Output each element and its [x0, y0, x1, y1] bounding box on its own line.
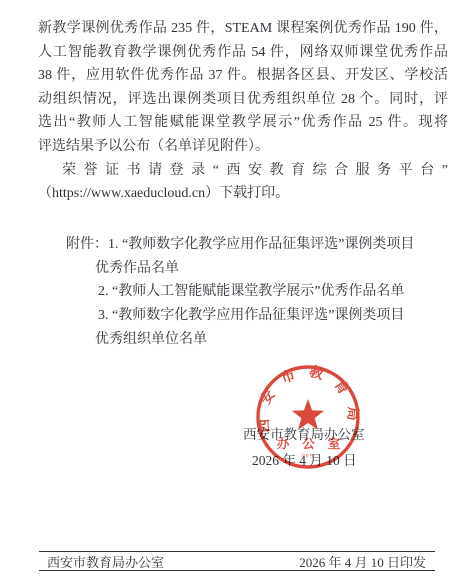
- svg-text:009: 009: [301, 453, 314, 459]
- body-line-url: （https://www.xaeducloud.cn）下载打印。: [38, 182, 448, 206]
- official-seal-stamp: 西安市教育局 办公室 009: [250, 359, 366, 475]
- attachment-line: 2. “教师人工智能赋能课堂教学展示”优秀作品名单: [38, 280, 448, 304]
- seal-code: 009: [301, 453, 314, 459]
- seal-star-icon: [292, 399, 324, 430]
- attachment-line: 附件：1. “教师数字化教学应用作品征集评选”课例类项目: [38, 233, 448, 257]
- document-body: 新教学课例优秀作品 235 件，STEAM 课程案例优秀作品 190 件， 人工…: [38, 17, 448, 206]
- body-line: 动组织情况，评选出课例类项目优秀组织单位 28 个。同时，评: [38, 88, 448, 112]
- document-page: 新教学课例优秀作品 235 件，STEAM 课程案例优秀作品 190 件， 人工…: [0, 0, 460, 582]
- footer-issuing-office: 西安市教育局办公室: [47, 552, 164, 571]
- footer-imprint-bar: 西安市教育局办公室 2026 年 4 月 10 日印发: [39, 551, 435, 571]
- attachment-line: 优秀组织单位名单: [38, 328, 448, 352]
- body-line: 选出“教师人工智能赋能课堂教学展示”优秀作品 25 件。现将: [38, 111, 448, 135]
- footer-print-date: 2026 年 4 月 10 日印发: [299, 552, 426, 571]
- seal-bottom-text: 办公室: [277, 436, 354, 451]
- body-line: 评选结果予以公布（名单详见附件）。: [38, 135, 448, 159]
- body-line: 新教学课例优秀作品 235 件，STEAM 课程案例优秀作品 190 件，: [38, 17, 448, 41]
- body-line: 荣誉证书请登录“西安教育综合服务平台”: [38, 159, 448, 183]
- attachment-line: 3. “教师数字化教学应用作品征集评选”课例类项目: [38, 304, 448, 328]
- body-line: 人工智能教育教学课例优秀作品 54 件，网络双师课堂优秀作品: [38, 41, 448, 65]
- attachment-line: 优秀作品名单: [38, 257, 448, 281]
- attachment-list: 附件：1. “教师数字化教学应用作品征集评选”课例类项目 优秀作品名单 2. “…: [38, 233, 448, 351]
- body-line: 38 件，应用软件优秀作品 37 件。根据各区县、开发区、学校活: [38, 64, 448, 88]
